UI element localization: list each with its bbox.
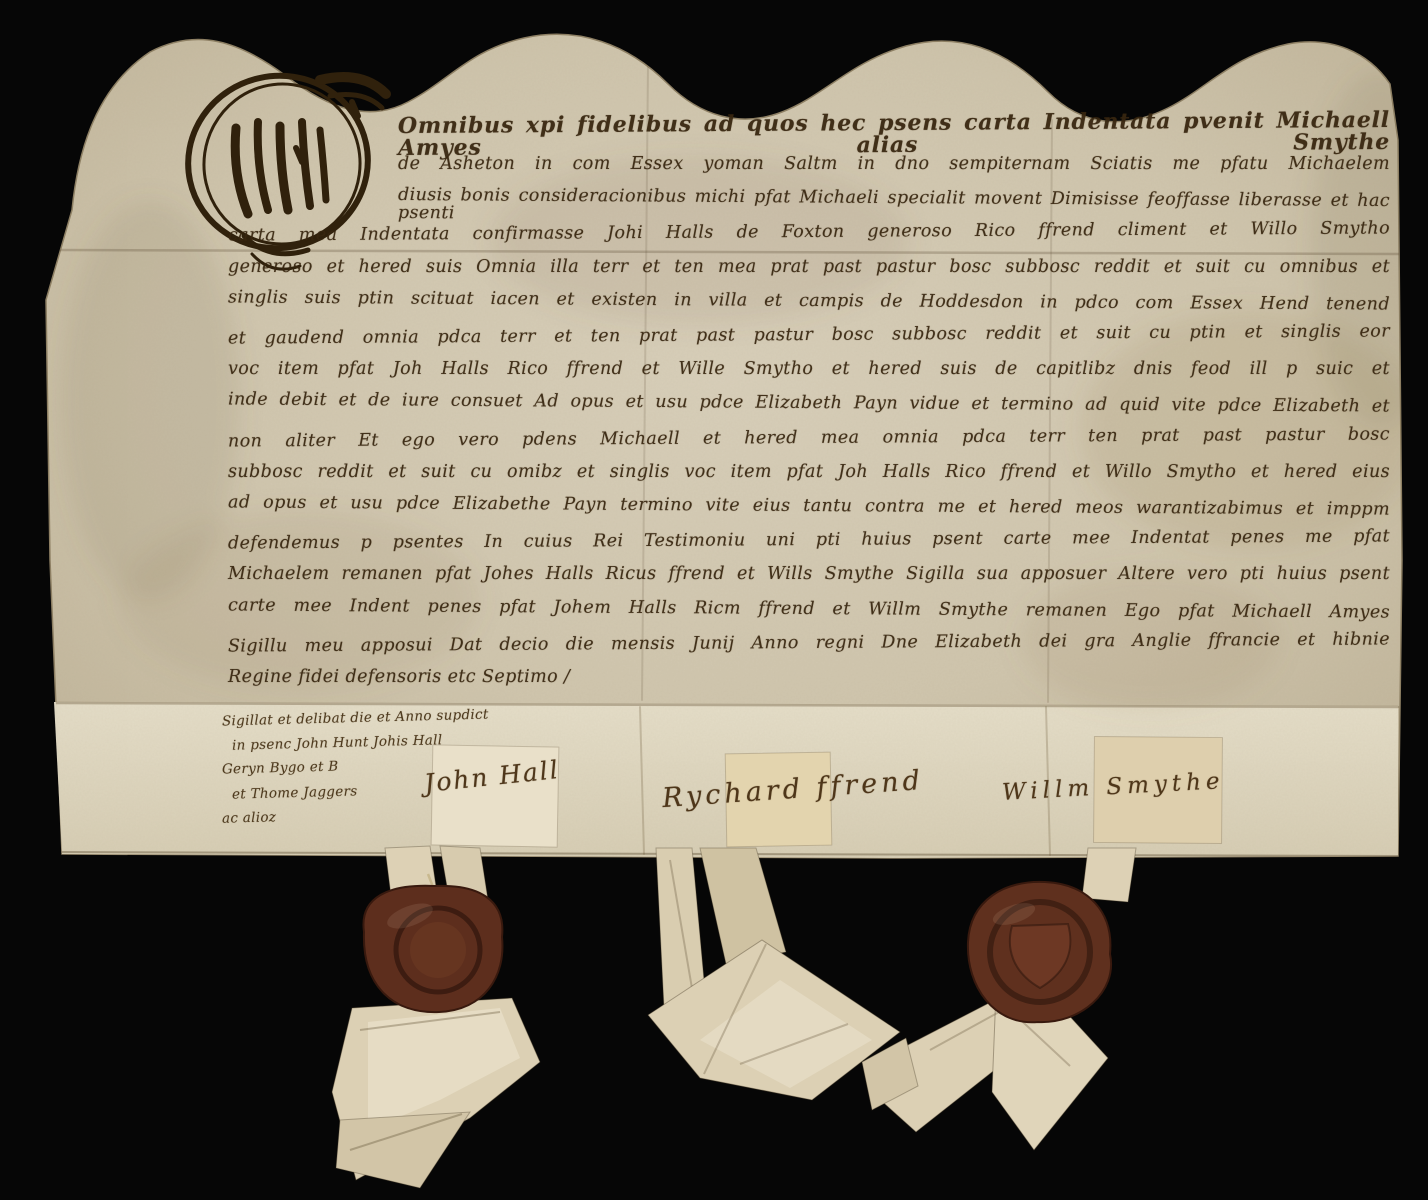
parchment-deed [40,20,1428,870]
signature-patch [1094,736,1223,843]
deed-artwork [0,0,1428,1200]
wax-seal-right [968,882,1111,1022]
signature-patch [725,752,832,847]
signature-patches [431,736,1222,847]
signature-patch [431,745,559,847]
photograph: Omnibus xpi fidelibus ad quos hec psens … [0,0,1428,1200]
wax-seal-left [363,886,502,1012]
